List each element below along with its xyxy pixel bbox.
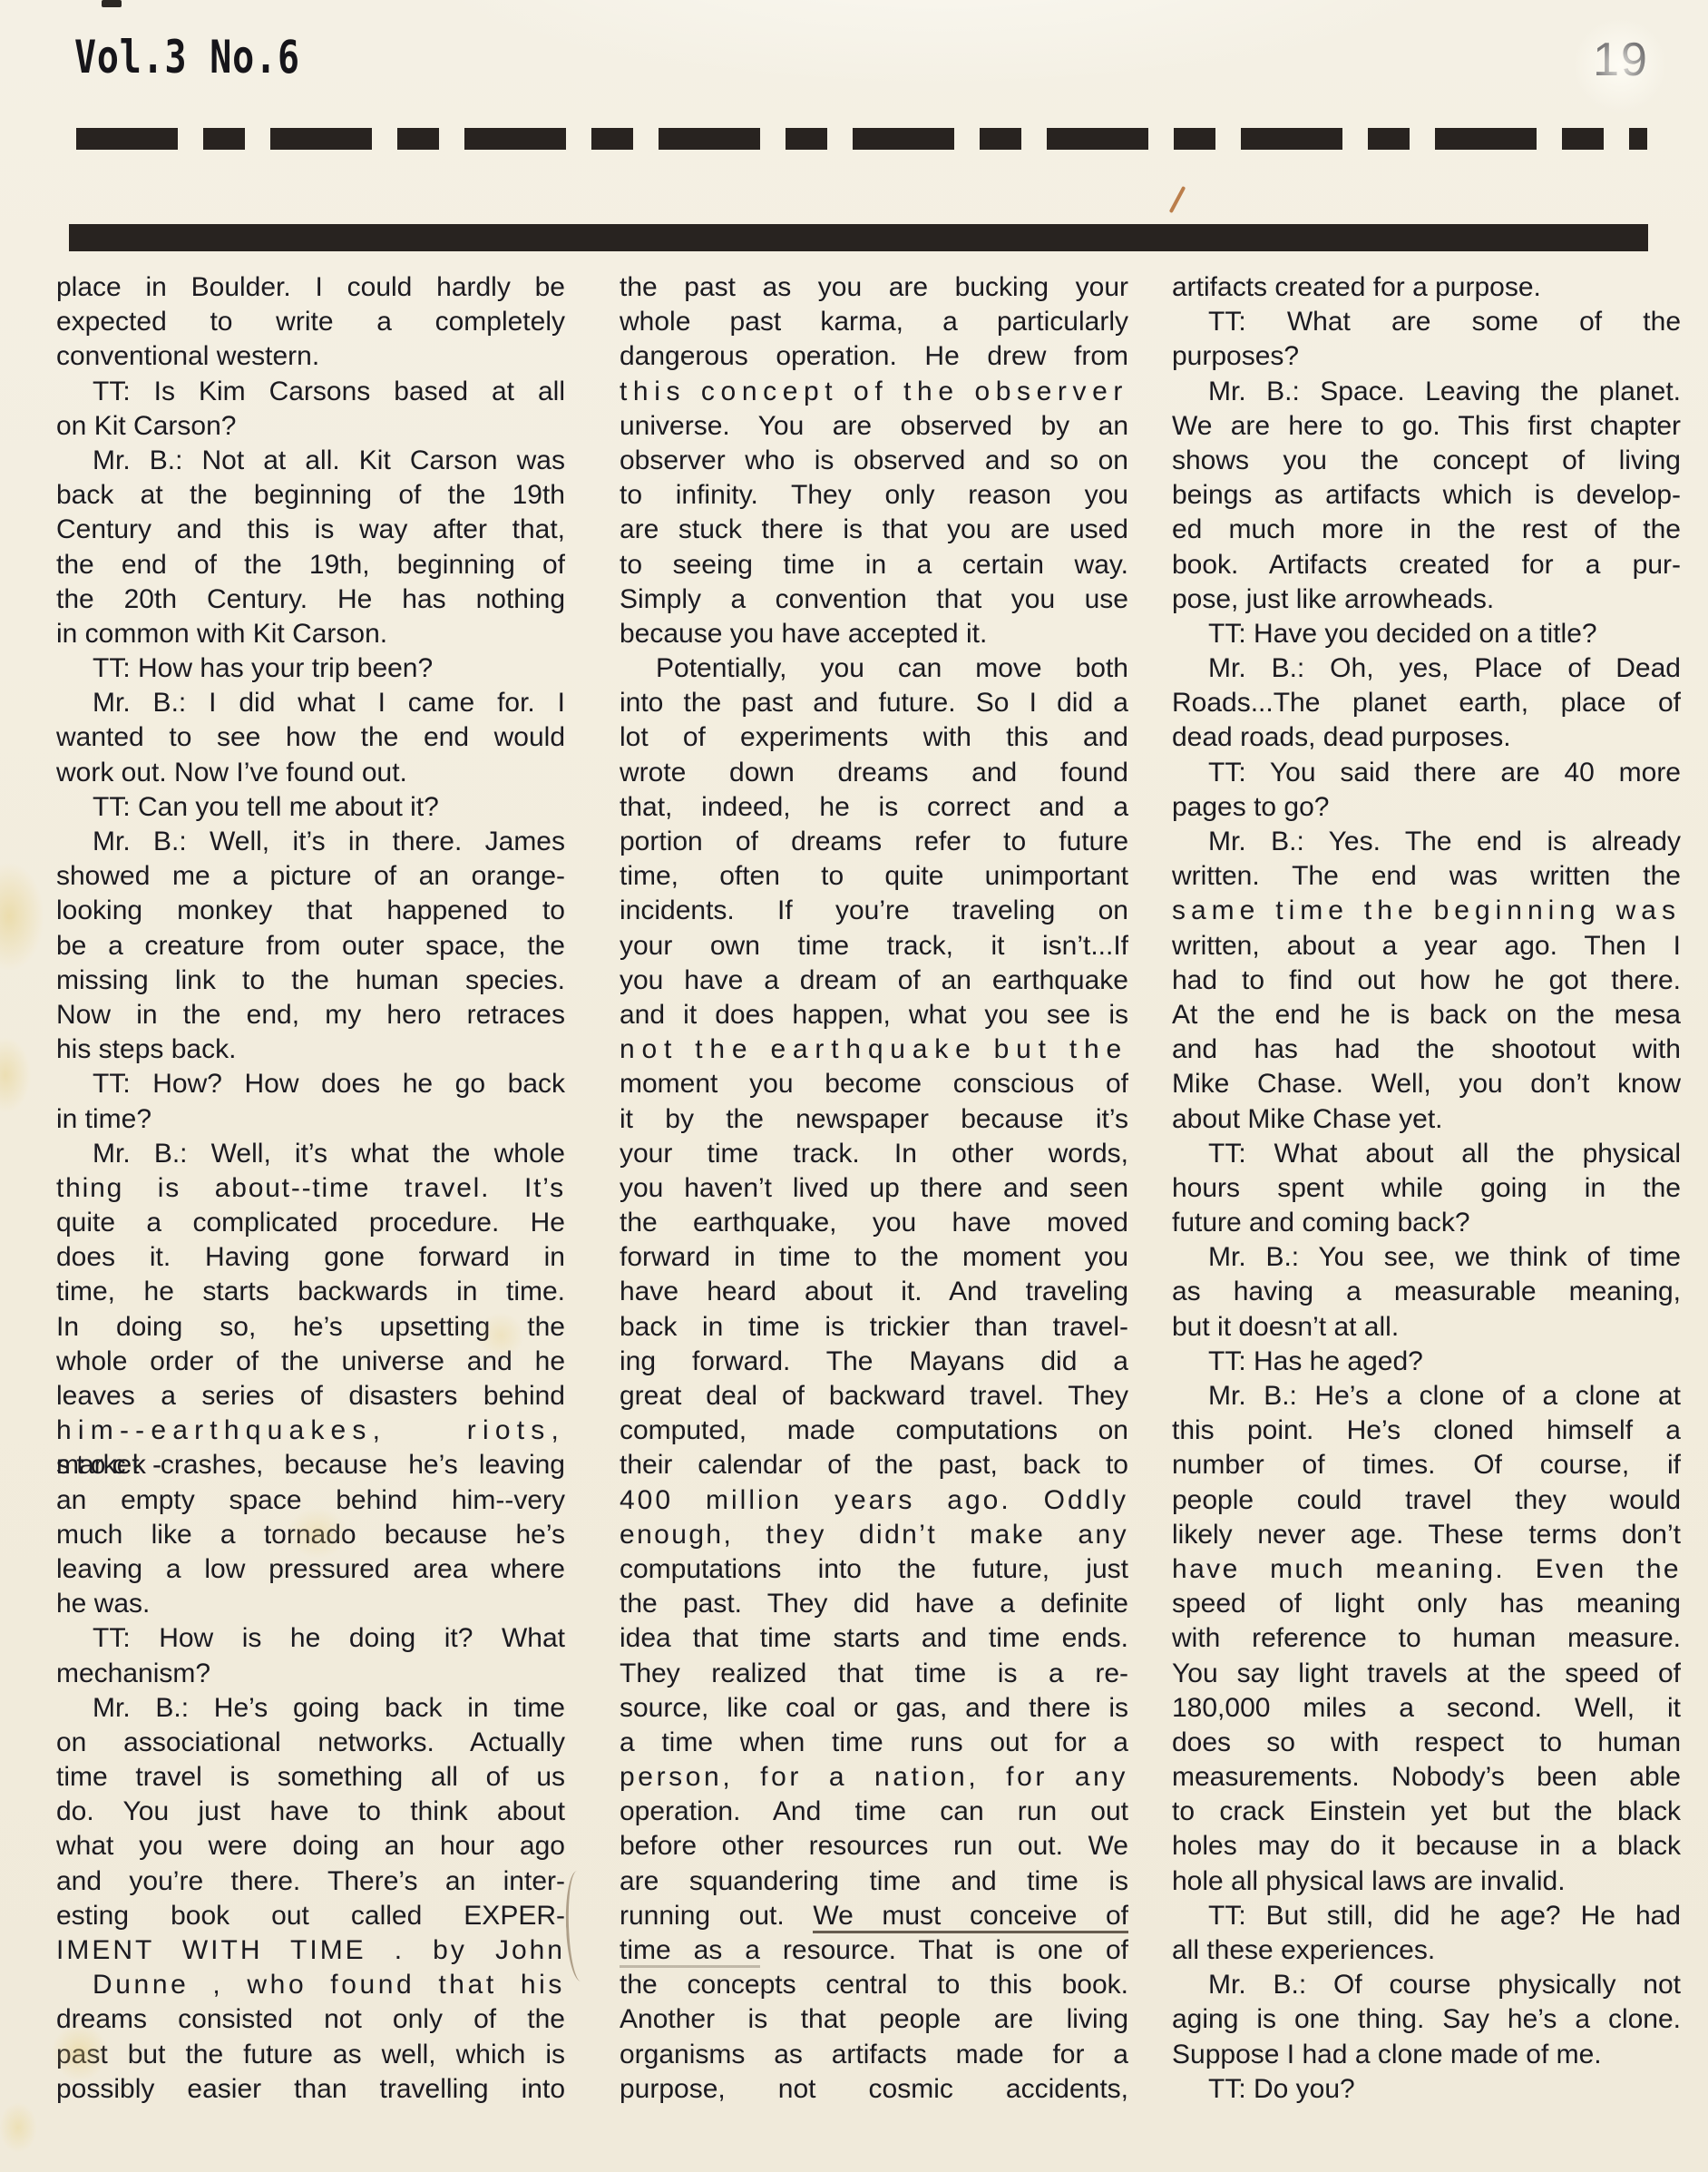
text-line: incidents. If you’re traveling on — [620, 894, 1128, 928]
text-line: source, like coal or gas, and there is — [620, 1691, 1128, 1726]
text-line: beings as artifacts which is develop- — [1172, 478, 1681, 513]
underlined-phrase: We must conceive of — [813, 1901, 1128, 1931]
text-line: all these experiences. — [1172, 1933, 1681, 1968]
text-line: Mr. B.: He’s a clone of a clone at — [1172, 1379, 1681, 1414]
text-line: TT: How has your trip been? — [56, 651, 565, 686]
text-line: TT: Have you decided on a title? — [1172, 617, 1681, 651]
text-line: portion of dreams refer to future — [620, 825, 1128, 859]
text-line: time as a resource. That is one of — [620, 1933, 1128, 1968]
text-line: showed me a picture of an orange- — [56, 859, 565, 894]
text-line: have heard about it. And traveling — [620, 1275, 1128, 1309]
text-line: mechanism? — [56, 1657, 565, 1691]
text-line: be a creature from outer space, the — [56, 929, 565, 964]
text-line: the concepts central to this book. — [620, 1968, 1128, 2002]
text-line: it by the newspaper because it’s — [620, 1102, 1128, 1137]
text-line: person, for a nation, for any — [620, 1760, 1128, 1795]
text-line: book. Artifacts created for a pur- — [1172, 548, 1681, 582]
text-line: TT: But still, did he age? He had — [1172, 1899, 1681, 1933]
text-line: same time the beginning was — [1172, 894, 1681, 928]
text-line: pages to go? — [1172, 790, 1681, 825]
text-line: Suppose I had a clone made of me. — [1172, 2038, 1681, 2072]
text-line: We are here to go. This first chapter — [1172, 409, 1681, 444]
text-line: 400 million years ago. Oddly — [620, 1483, 1128, 1518]
text-line: back at the beginning of the 19th — [56, 478, 565, 513]
text-line: not the earthquake but the — [620, 1032, 1128, 1067]
text-line: their calendar of the past, back to — [620, 1448, 1128, 1482]
text-line: time, he starts backwards in time. — [56, 1275, 565, 1309]
text-line: market crashes, because he’s leaving — [56, 1448, 565, 1482]
text-line: in common with Kit Carson. — [56, 617, 565, 651]
text-line: Mr. B.: I did what I came for. I — [56, 686, 565, 720]
text-line: Mike Chase. Well, you don’t know — [1172, 1067, 1681, 1101]
text-line: back in time is trickier than travel- — [620, 1310, 1128, 1345]
text-line: TT: Can you tell me about it? — [56, 790, 565, 825]
text-line: about Mike Chase yet. — [1172, 1102, 1681, 1137]
text-line: likely never age. These terms don’t — [1172, 1518, 1681, 1552]
text-line: to infinity. They only reason you — [620, 478, 1128, 513]
scan-speck — [102, 0, 122, 7]
text-line: the 20th Century. He has nothing — [56, 582, 565, 617]
text-line: Mr. B.: Of course physically not — [1172, 1968, 1681, 2002]
text-line: whole order of the universe and he — [56, 1345, 565, 1379]
text-line: into the past and future. So I did a — [620, 686, 1128, 720]
text-line: and has had the shootout with — [1172, 1032, 1681, 1067]
text-line: shows you the concept of living — [1172, 444, 1681, 478]
text-line: 180,000 miles a second. Well, it — [1172, 1691, 1681, 1726]
volume-label: Vol.3 No.6 — [74, 31, 300, 83]
text-line: written, about a year ago. Then I — [1172, 929, 1681, 964]
text-line: ing forward. The Mayans did a — [620, 1345, 1128, 1379]
text-line: At the end he is back on the mesa — [1172, 998, 1681, 1032]
text-line: because you have accepted it. — [620, 617, 1128, 651]
text-column-right: artifacts created for a purpose.TT: What… — [1172, 270, 1681, 2107]
text-line: the end of the 19th, beginning of — [56, 548, 565, 582]
text-line: esting book out called EXPER- — [56, 1899, 565, 1933]
text-line: Mr. B.: He’s going back in time — [56, 1691, 565, 1726]
dashed-rule — [76, 128, 1647, 150]
text-line: does it. Having gone forward in — [56, 1240, 565, 1275]
text-line: possibly easier than travelling into — [56, 2072, 565, 2107]
text-line: TT: Has he aged? — [1172, 1345, 1681, 1379]
text-line: computed, made computations on — [620, 1414, 1128, 1448]
text-line: does so with respect to human — [1172, 1726, 1681, 1760]
text-line: missing link to the human species. — [56, 964, 565, 998]
text-line: purpose, not cosmic accidents, — [620, 2072, 1128, 2107]
text-line: him--earthquakes, riots, stock- — [56, 1414, 565, 1448]
text-line: Another is that people are living — [620, 2002, 1128, 2037]
text-line: number of times. Of course, if — [1172, 1448, 1681, 1482]
text-line: hours spent while going in the — [1172, 1171, 1681, 1206]
text-line: lot of experiments with this and — [620, 720, 1128, 755]
text-line: ed much more in the rest of the — [1172, 513, 1681, 547]
text-line: Dunne , who found that his — [56, 1968, 565, 2002]
text-line: Simply a convention that you use — [620, 582, 1128, 617]
text-line: are squandering time and time is — [620, 1864, 1128, 1899]
text-line: computations into the future, just — [620, 1552, 1128, 1587]
text-line: your own time track, it isn’t...If — [620, 929, 1128, 964]
text-line: to seeing time in a certain way. — [620, 548, 1128, 582]
text-line: aging is one thing. Say he’s a clone. — [1172, 2002, 1681, 2037]
text-line: conventional western. — [56, 339, 565, 374]
text-line: pose, just like arrowheads. — [1172, 582, 1681, 617]
text-line: measurements. Nobody’s been able — [1172, 1760, 1681, 1795]
text-column-center: the past as you are bucking yourwhole pa… — [620, 270, 1128, 2107]
text-line: had to find out how he got there. — [1172, 964, 1681, 998]
text-line: Mr. B.: Oh, yes, Place of Dead — [1172, 651, 1681, 686]
text-line: dangerous operation. He drew from — [620, 339, 1128, 374]
text-line: written. The end was written the — [1172, 859, 1681, 894]
text-line: this concept of the observer — [620, 375, 1128, 409]
text-line: Mr. B.: Not at all. Kit Carson was — [56, 444, 565, 478]
text-line: Mr. B.: Yes. The end is already — [1172, 825, 1681, 859]
text-line: TT: What about all the physical — [1172, 1137, 1681, 1171]
text-line: wrote down dreams and found — [620, 756, 1128, 790]
text-line: idea that time starts and time ends. — [620, 1621, 1128, 1656]
text-line: the earthquake, you have moved — [620, 1206, 1128, 1240]
text-line: before other resources run out. We — [620, 1829, 1128, 1864]
text-line: that, indeed, he is correct and a — [620, 790, 1128, 825]
text-line: whole past karma, a particularly — [620, 305, 1128, 339]
text-line: great deal of backward travel. They — [620, 1379, 1128, 1414]
text-line: time, often to quite unimportant — [620, 859, 1128, 894]
text-line: running out. We must conceive of — [620, 1899, 1128, 1933]
text-line: people could travel they would — [1172, 1483, 1681, 1518]
text-line: artifacts created for a purpose. — [1172, 270, 1681, 305]
text-line: They realized that time is a re- — [620, 1657, 1128, 1691]
text-line: quite a complicated procedure. He — [56, 1206, 565, 1240]
text-line: Mr. B.: Space. Leaving the planet. — [1172, 375, 1681, 409]
text-line: do. You just have to think about — [56, 1795, 565, 1829]
text-line: enough, they didn’t make any — [620, 1518, 1128, 1552]
text-line: dreams consisted not only of the — [56, 2002, 565, 2037]
text-line: the past as you are bucking your — [620, 270, 1128, 305]
text-line: you have a dream of an earthquake — [620, 964, 1128, 998]
text-line: future and coming back? — [1172, 1206, 1681, 1240]
text-line: universe. You are observed by an — [620, 409, 1128, 444]
text-line: forward in time to the moment you — [620, 1240, 1128, 1275]
text-line: Roads...The planet earth, place of — [1172, 686, 1681, 720]
text-line: moment you become conscious of — [620, 1067, 1128, 1101]
text-line: his steps back. — [56, 1032, 565, 1067]
text-line: a time when time runs out for a — [620, 1726, 1128, 1760]
text-line: on associational networks. Actually — [56, 1726, 565, 1760]
text-line: work out. Now I’ve found out. — [56, 756, 565, 790]
text-line: operation. And time can run out — [620, 1795, 1128, 1829]
handwritten-paren-mark — [564, 1871, 594, 1982]
text-line: Now in the end, my hero retraces — [56, 998, 565, 1032]
text-line: observer who is observed and so on — [620, 444, 1128, 478]
text-line: TT: Is Kim Carsons based at all — [56, 375, 565, 409]
text-line: an empty space behind him--very — [56, 1483, 565, 1518]
handwritten-slash-mark — [1169, 186, 1186, 213]
text-line: leaves a series of disasters behind — [56, 1379, 565, 1414]
text-line: as having a measurable meaning, — [1172, 1275, 1681, 1309]
text-line: time travel is something all of us — [56, 1760, 565, 1795]
text-line: looking monkey that happened to — [56, 894, 565, 928]
text-line: the past. They did have a definite — [620, 1587, 1128, 1621]
underlined-phrase: time as a — [620, 1935, 760, 1965]
text-line: you haven’t lived up there and seen — [620, 1171, 1128, 1206]
text-line: Mr. B.: Well, it’s in there. James — [56, 825, 565, 859]
text-line: much like a tornado because he’s — [56, 1518, 565, 1552]
text-line: hole all physical laws are invalid. — [1172, 1864, 1681, 1899]
text-line: on Kit Carson? — [56, 409, 565, 444]
text-line: expected to write a completely — [56, 305, 565, 339]
text-line: organisms as artifacts made for a — [620, 2038, 1128, 2072]
text-line: past but the future as well, which is — [56, 2038, 565, 2072]
text-line: place in Boulder. I could hardly be — [56, 270, 565, 305]
text-line: TT: Do you? — [1172, 2072, 1681, 2107]
text-line: TT: How? How does he go back — [56, 1067, 565, 1101]
text-column-left: place in Boulder. I could hardly beexpec… — [56, 270, 565, 2107]
text-line: TT: You said there are 40 more — [1172, 756, 1681, 790]
text-line: are stuck there is that you are used — [620, 513, 1128, 547]
text-line: what you were doing an hour ago — [56, 1829, 565, 1864]
text-line: In doing so, he’s upsetting the — [56, 1310, 565, 1345]
text-line: your time track. In other words, — [620, 1137, 1128, 1171]
text-line: You say light travels at the speed of — [1172, 1657, 1681, 1691]
page-number: 19 — [1580, 33, 1662, 87]
text-line: TT: How is he doing it? What — [56, 1621, 565, 1656]
text-line: Century and this is way after that, — [56, 513, 565, 547]
text-line: leaving a low pressured area where — [56, 1552, 565, 1587]
text-line: have much meaning. Even the — [1172, 1552, 1681, 1587]
magazine-page-scan: Vol.3 No.6 19 place in Boulder. I could … — [0, 0, 1708, 2172]
text-line: purposes? — [1172, 339, 1681, 374]
text-line: IMENT WITH TIME . by John — [56, 1933, 565, 1968]
text-line: and you’re there. There’s an inter- — [56, 1864, 565, 1899]
text-line: this point. He’s cloned himself a — [1172, 1414, 1681, 1448]
text-line: with reference to human measure. — [1172, 1621, 1681, 1656]
solid-rule — [69, 224, 1648, 251]
text-line: speed of light only has meaning — [1172, 1587, 1681, 1621]
text-line: dead roads, dead purposes. — [1172, 720, 1681, 755]
text-line: holes may do it because in a black — [1172, 1829, 1681, 1864]
text-line: he was. — [56, 1587, 565, 1621]
text-line: TT: What are some of the — [1172, 305, 1681, 339]
text-line: Potentially, you can move both — [620, 651, 1128, 686]
text-line: wanted to see how the end would — [56, 720, 565, 755]
text-line: in time? — [56, 1102, 565, 1137]
text-line: Mr. B.: Well, it’s what the whole — [56, 1137, 565, 1171]
text-line: Mr. B.: You see, we think of time — [1172, 1240, 1681, 1275]
text-line: but it doesn’t at all. — [1172, 1310, 1681, 1345]
text-line: and it does happen, what you see is — [620, 998, 1128, 1032]
text-line: thing is about--time travel. It’s — [56, 1171, 565, 1206]
text-line: to crack Einstein yet but the black — [1172, 1795, 1681, 1829]
